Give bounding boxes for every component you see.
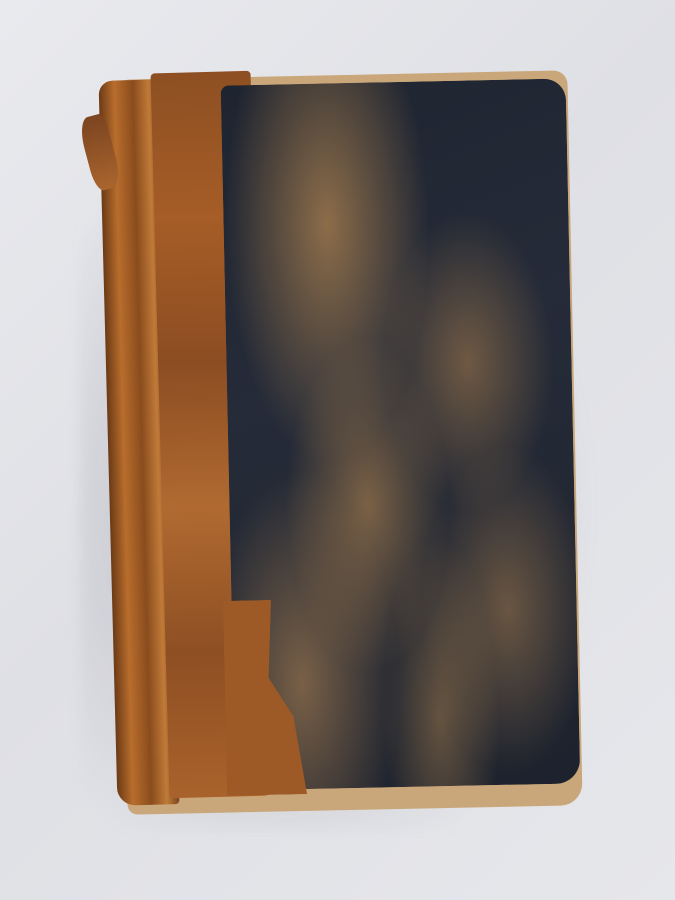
book xyxy=(0,0,675,900)
book-front-cover xyxy=(221,78,581,790)
